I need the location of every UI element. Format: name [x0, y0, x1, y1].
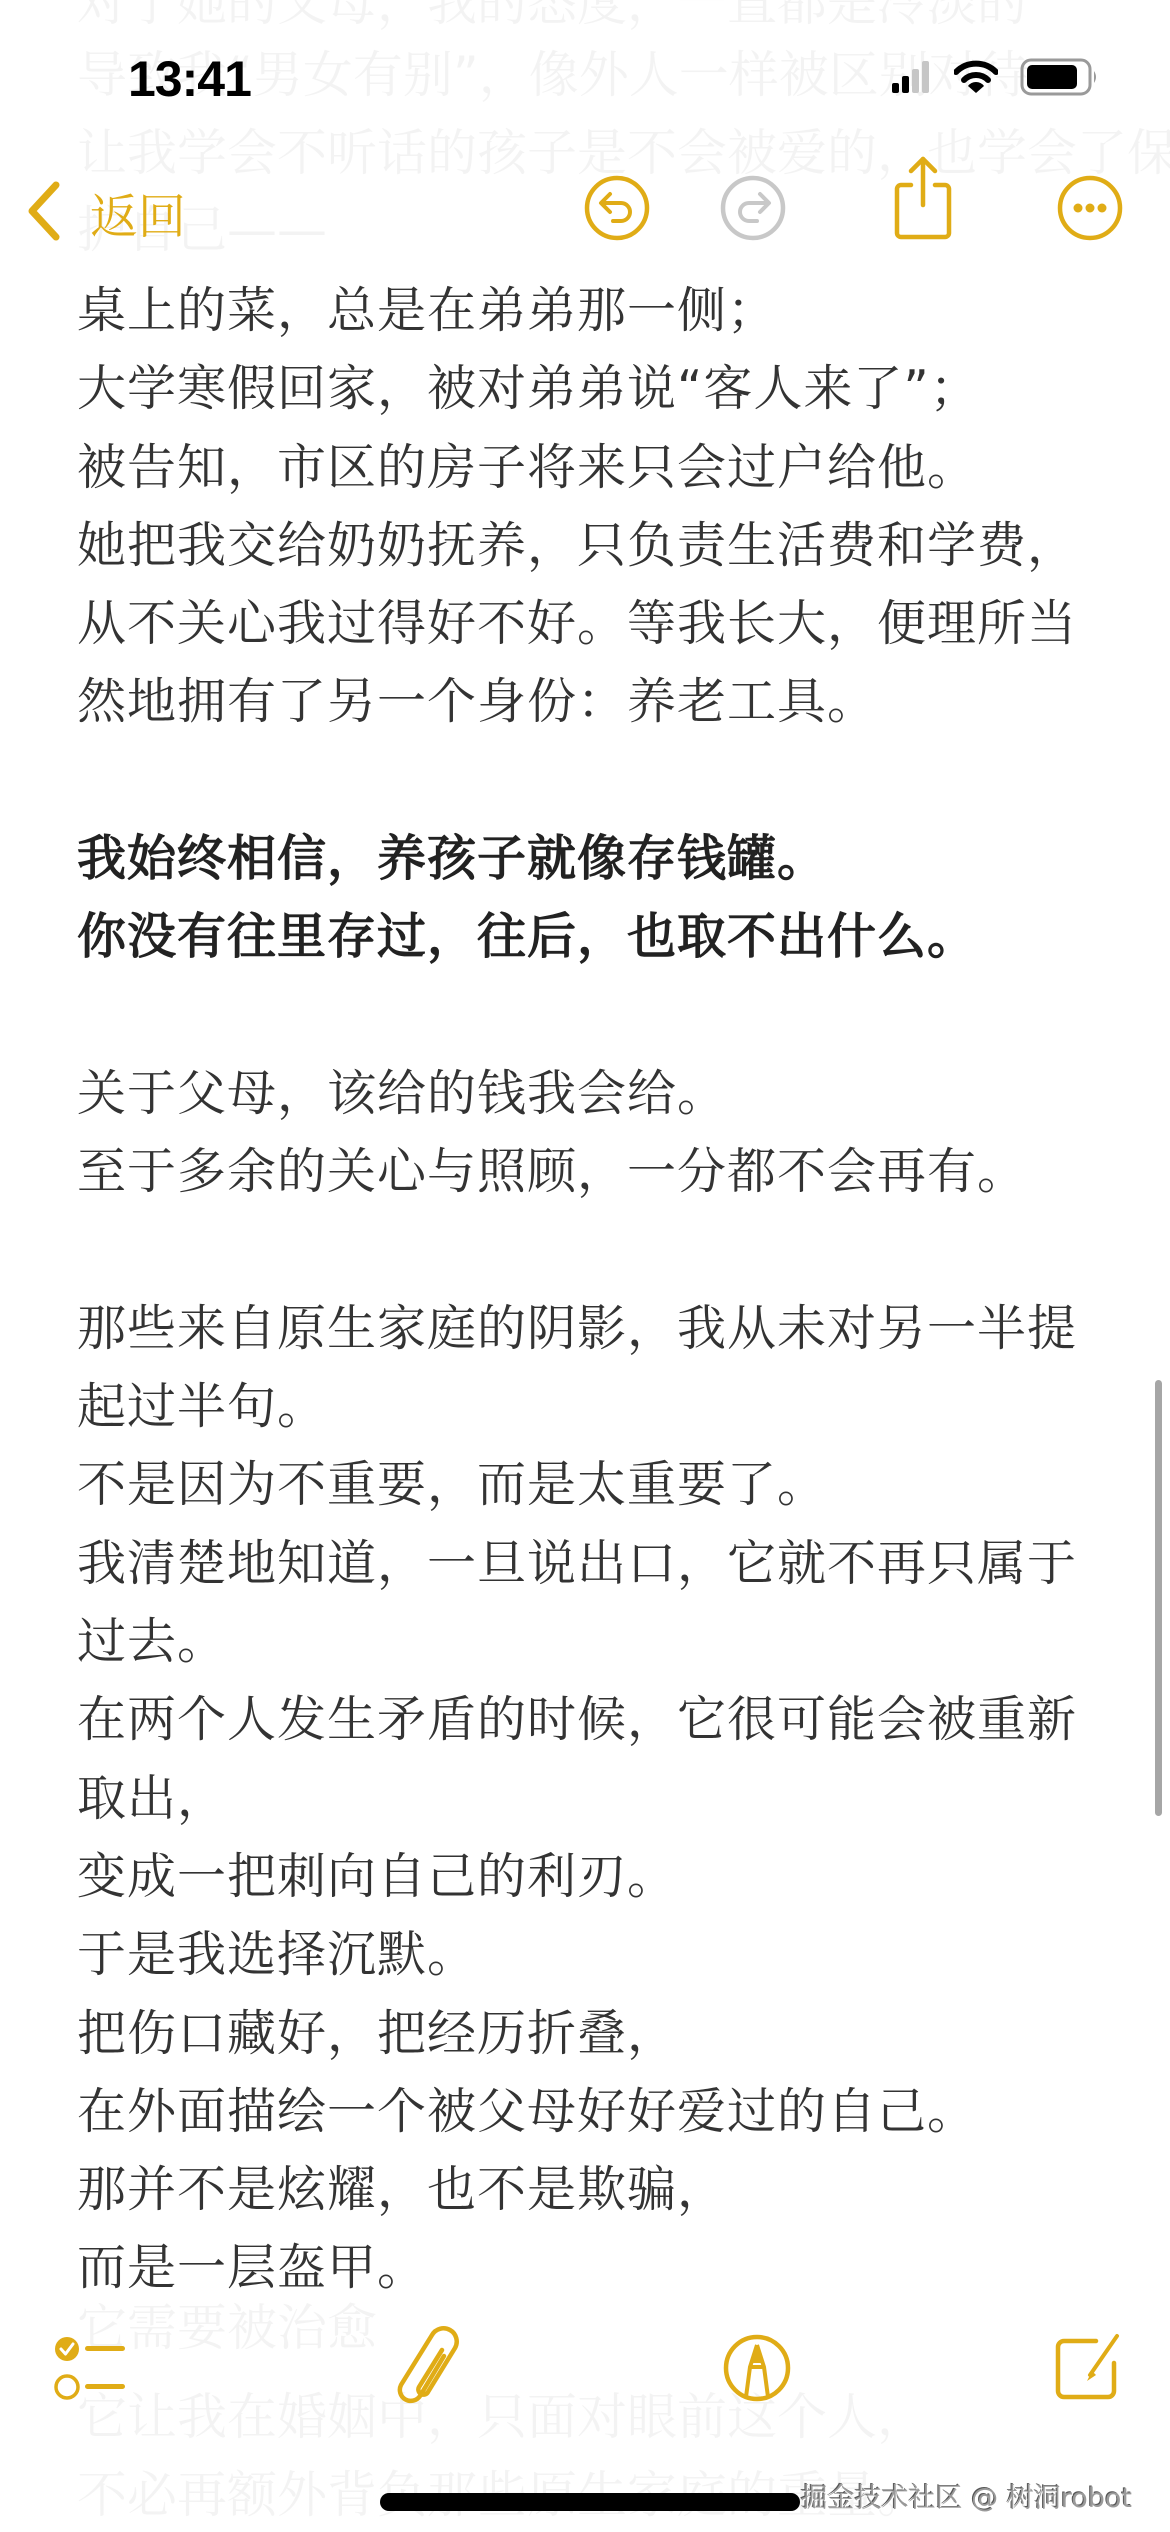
note-line: 她把我交给奶奶抚养，只负责生活费和学费，	[77, 507, 1097, 585]
note-line: 在两个人发生矛盾的时候，它很可能会被重新	[77, 1681, 1097, 1759]
checklist-button[interactable]	[46, 2320, 136, 2420]
status-time: 13:41	[128, 50, 251, 108]
cellular-signal-icon	[892, 61, 932, 97]
note-blank-line	[77, 977, 1097, 1055]
note-line: 那些来自原生家庭的阴影，我从未对另一半提	[77, 1290, 1097, 1368]
status-icons	[892, 58, 1100, 100]
nav-bar: 返回	[0, 160, 1170, 260]
attachment-button[interactable]	[382, 2320, 472, 2420]
note-line: 那并不是炫耀，也不是欺骗，	[77, 2151, 1097, 2229]
ellipsis-icon	[1056, 174, 1124, 246]
note-line: 至于多余的关心与照顾，一分都不会再有。	[77, 1133, 1097, 1211]
note-line: 把伤口藏好，把经历折叠，	[77, 1995, 1097, 2073]
note-line: 然地拥有了另一个身份：养老工具。	[77, 663, 1097, 741]
note-line: 不是因为不重要，而是太重要了。	[77, 1446, 1097, 1524]
markup-pen-icon	[722, 2333, 792, 2407]
home-indicator[interactable]	[380, 2493, 800, 2511]
note-line: 从不关心我过得好不好。等我长大，便理所当	[77, 585, 1097, 663]
vertical-scrollbar[interactable]	[1155, 1380, 1162, 1816]
note-line: 于是我选择沉默。	[77, 1916, 1097, 1994]
note-line-bold: 你没有往里存过，往后，也取不出什么。	[77, 898, 1097, 976]
note-line: 我清楚地知道，一旦说出口，它就不再只属于	[77, 1525, 1097, 1603]
bottom-toolbar	[0, 2320, 1170, 2440]
note-line: 起过半句。	[77, 1368, 1097, 1446]
note-line: 桌上的菜，总是在弟弟那一侧；	[77, 272, 1097, 350]
share-button[interactable]	[887, 164, 959, 236]
markup-button[interactable]	[712, 2320, 802, 2420]
back-button[interactable]: 返回	[26, 178, 186, 247]
share-icon	[891, 155, 955, 245]
status-bar: 13:41	[0, 0, 1170, 150]
note-body[interactable]: 桌上的菜，总是在弟弟那一侧； 大学寒假回家，被对弟弟说“客人来了”； 被告知，市…	[77, 272, 1097, 2308]
note-line-bold: 我始终相信，养孩子就像存钱罐。	[77, 820, 1097, 898]
note-line: 大学寒假回家，被对弟弟说“客人来了”；	[77, 350, 1097, 428]
note-line: 变成一把刺向自己的利刃。	[77, 1838, 1097, 1916]
more-button[interactable]	[1054, 174, 1126, 246]
note-blank-line	[77, 1212, 1097, 1290]
note-line: 而是一层盔甲。	[77, 2229, 1097, 2307]
chevron-left-icon	[26, 180, 62, 246]
back-label: 返回	[90, 178, 186, 247]
note-blank-line	[77, 742, 1097, 820]
note-line: 关于父母，该给的钱我会给。	[77, 1055, 1097, 1133]
undo-icon	[583, 174, 651, 246]
paperclip-icon	[392, 2326, 462, 2414]
redo-icon	[719, 174, 787, 246]
note-line: 在外面描绘一个被父母好好爱过的自己。	[77, 2073, 1097, 2151]
battery-icon	[1020, 58, 1100, 100]
compose-button[interactable]	[1042, 2320, 1132, 2420]
checklist-icon	[53, 2333, 129, 2407]
note-line: 取出，	[77, 1760, 1097, 1838]
compose-icon	[1052, 2333, 1122, 2407]
undo-button[interactable]	[581, 174, 653, 246]
watermark: 掘金技术社区 @ 树洞robot	[801, 2476, 1132, 2515]
note-line: 过去。	[77, 1603, 1097, 1681]
note-line: 被告知，市区的房子将来只会过户给他。	[77, 429, 1097, 507]
wifi-icon	[954, 60, 998, 98]
redo-button[interactable]	[717, 174, 789, 246]
